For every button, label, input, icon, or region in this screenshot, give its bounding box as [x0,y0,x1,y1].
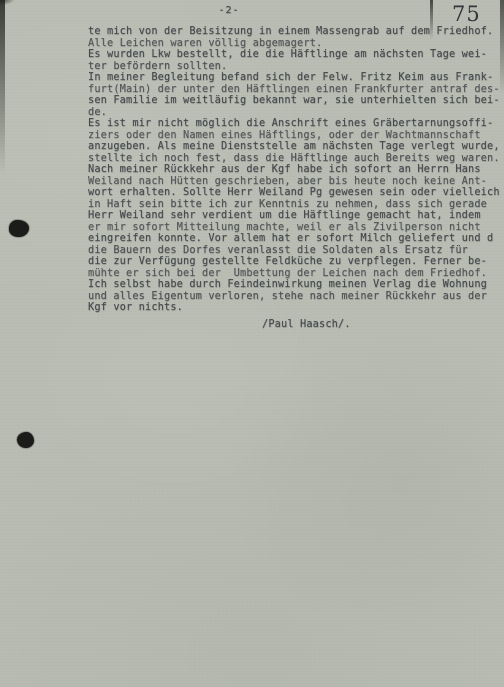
text-line: ter befördern sollten. [88,61,502,73]
text-line: Herr Weiland sehr verdient um die Häftli… [88,210,502,222]
scanned-document-page: -2- 75 te mich von der Beisitzung in ein… [0,0,504,687]
text-line: die zur Verfügung gestellte Feldküche zu… [88,256,502,268]
text-line: eingreifen konnte. Vor allem hat er sofo… [88,233,502,245]
hole-punch-top [9,220,29,237]
text-line: sen Familie im weitläufig bekannt war, s… [88,95,502,107]
text-line: Nach meiner Rückkehr aus der Kgf habe ic… [88,164,502,176]
text-line: und alles Eigentum verloren, stehe nach … [88,291,502,303]
text-line: die Bauern des Dorfes veranlasst die Sol… [88,245,502,257]
page-number: -2- [0,5,458,16]
text-line: Ich selbst habe durch Feindeinwirkung me… [88,279,502,291]
text-line: anzugeben. Als meine Dienststelle am näc… [88,141,502,153]
text-line: Es ist mir nicht möglich die Anschrift e… [88,118,502,130]
text-line: mühte er sich bei der Umbettung der Leic… [88,268,502,280]
text-line: In meiner Begleitung befand sich der Fel… [88,72,502,84]
text-line: wort erhalten. Sollte Herr Weiland Pg ge… [88,187,502,199]
typed-signature: /Paul Haasch/. [262,319,351,330]
text-line: Weiland nach Hütten geschrieben, aber bi… [88,176,502,188]
text-line: er mir sofort Mitteilung machte, weil er… [88,222,502,234]
text-line: in Haft sein bitte ich zur Kenntnis zu n… [88,199,502,211]
text-line: ziers oder den Namen eines Häftlings, od… [88,130,502,142]
text-line: furt(Main) der unter den Häftlingen eine… [88,84,502,96]
scan-edge-shadow-left [0,0,5,175]
text-line: stellte ich noch fest, dass die Häftling… [88,153,502,165]
typewritten-body-text: te mich von der Beisitzung in einem Mass… [88,26,502,314]
hole-punch-bottom [17,432,34,448]
text-line: de. [88,107,502,119]
folio-number-stamp: 75 [452,2,481,26]
text-line: Kgf vor nichts. [88,302,502,314]
text-line: Alle Leichen waren völlig abgemagert. [88,38,502,50]
text-line: te mich von der Beisitzung in einem Mass… [88,26,502,38]
text-line: Es wurden Lkw bestellt, die die Häftling… [88,49,502,61]
